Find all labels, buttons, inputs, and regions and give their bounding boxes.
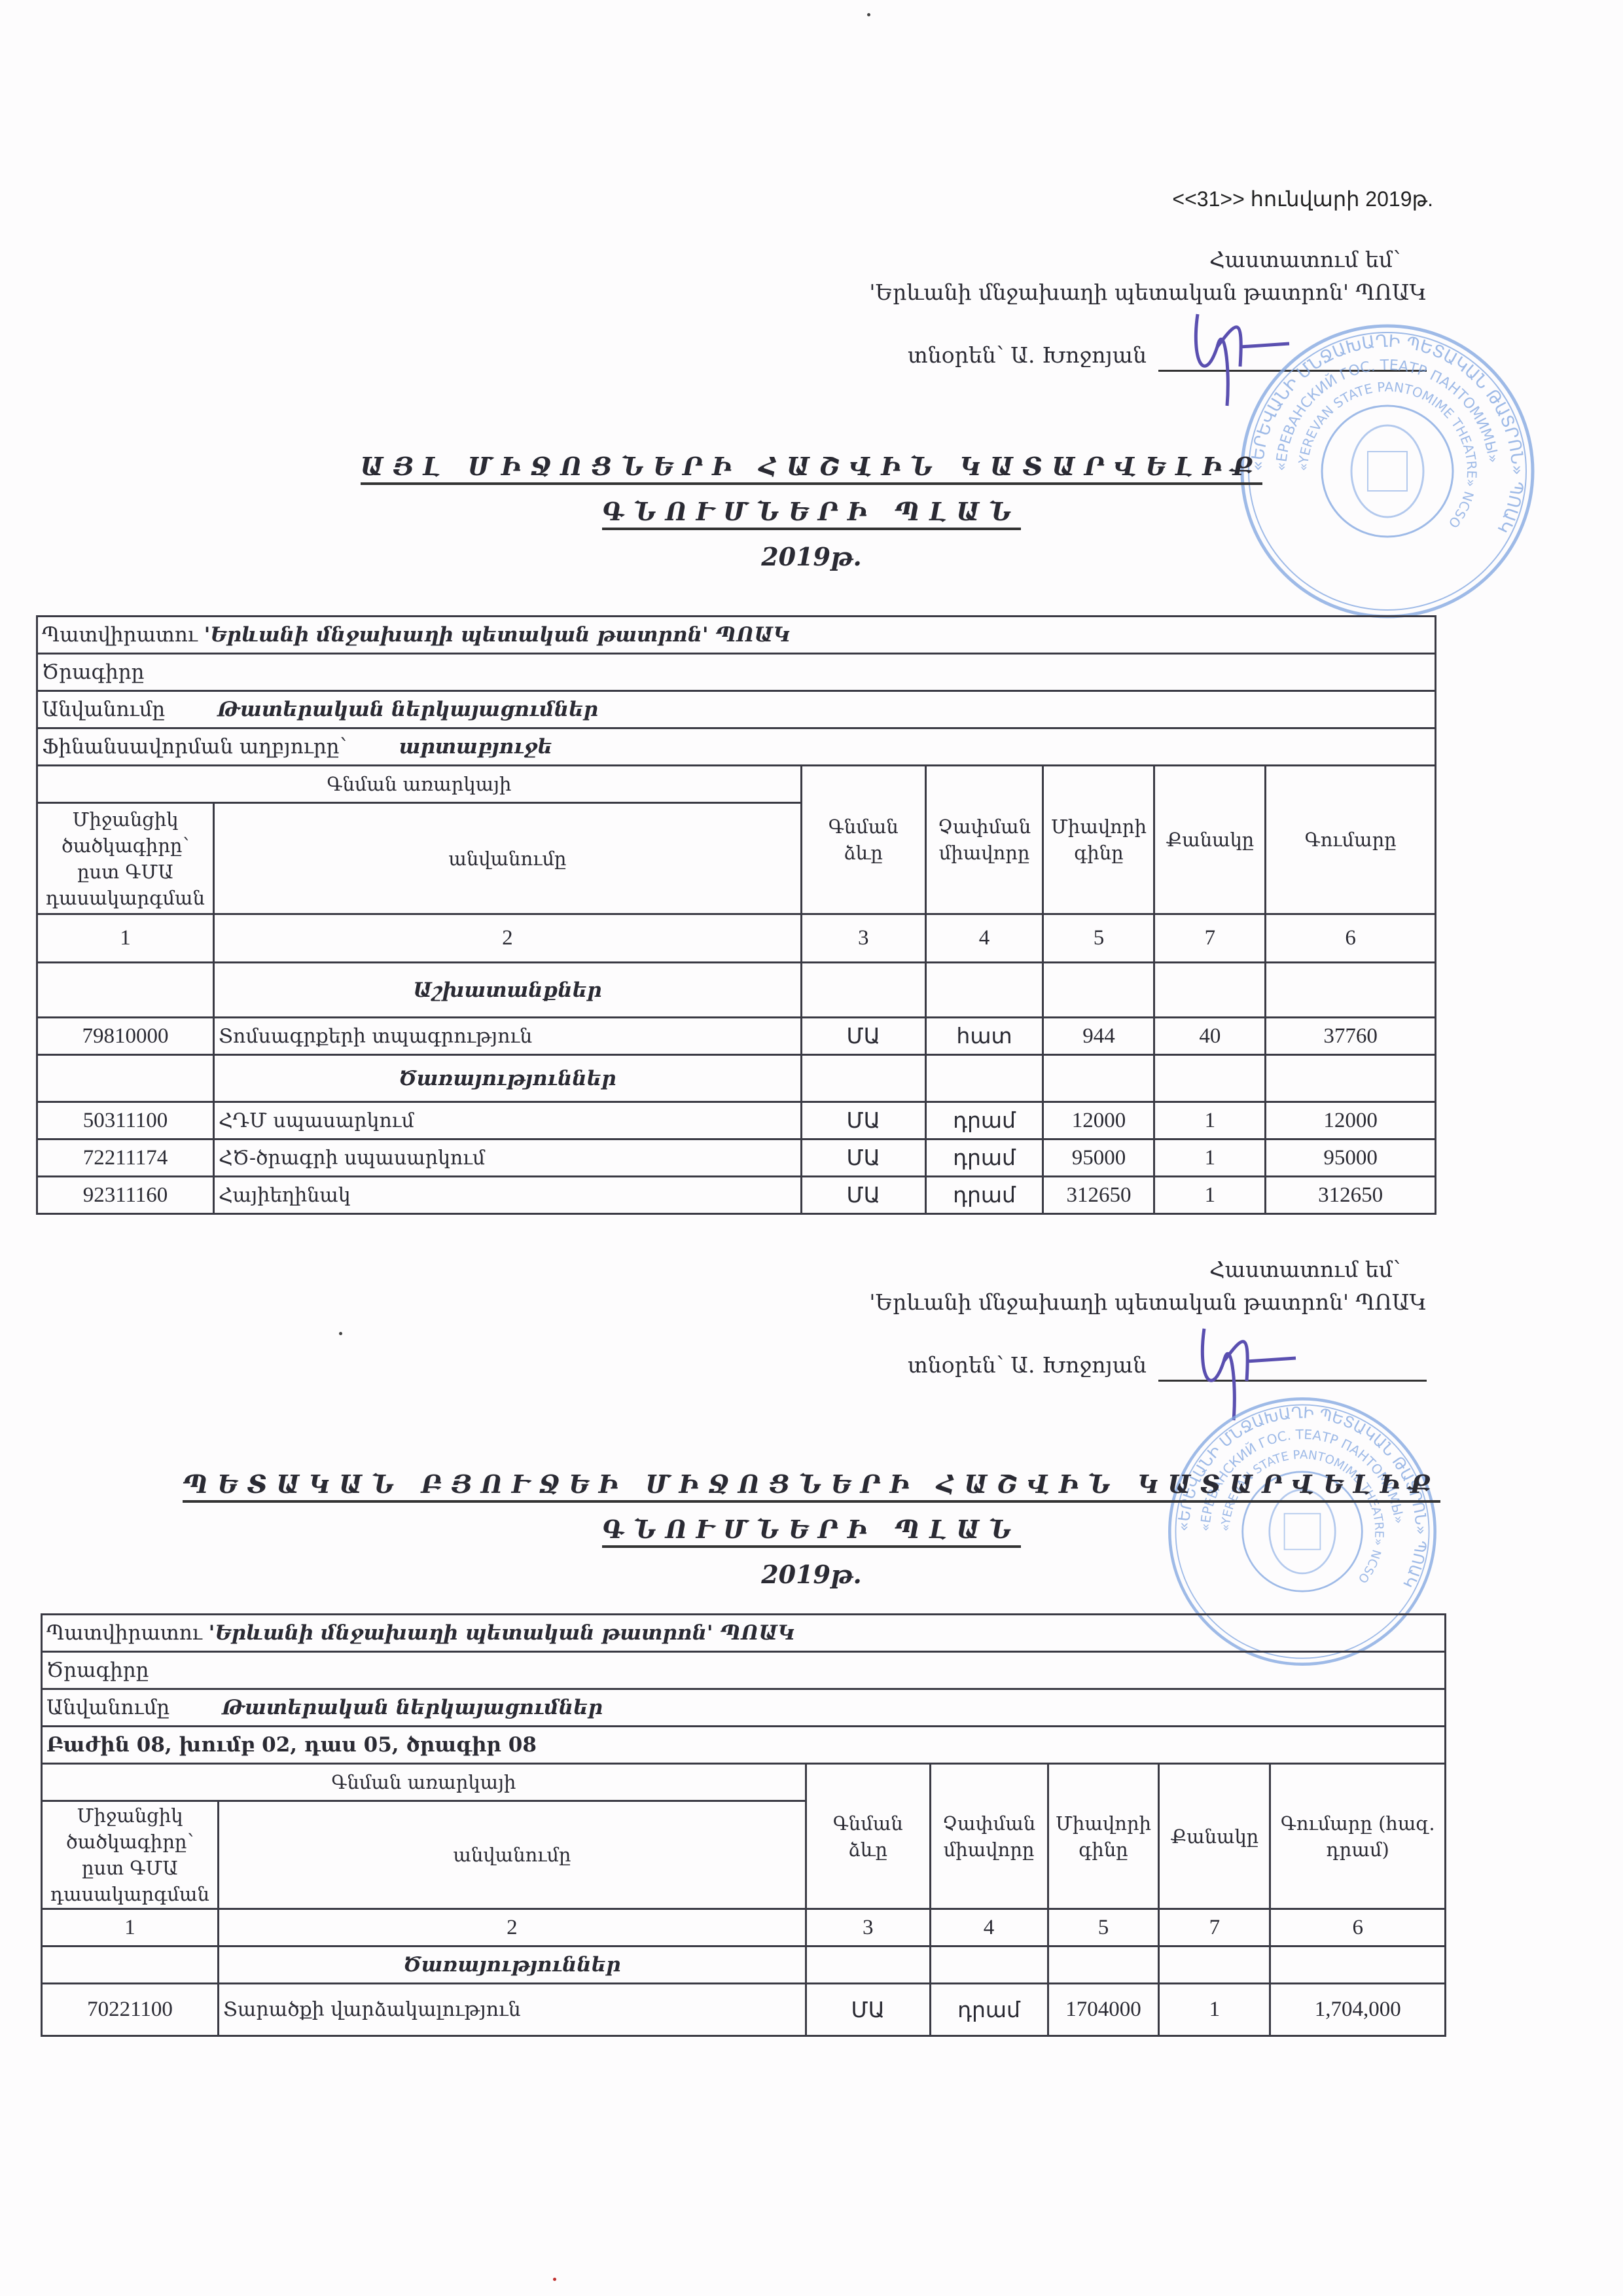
table-row: 72211174 ՀԾ-ծրագրի սպասարկում ՄԱ դրամ 95… — [37, 1139, 1436, 1177]
plan-2-title-line1: ՊԵՏԱԿԱՆ ԲՅՈՒՋԵԻ ՄԻՋՈՑՆԵՐԻ ՀԱՇՎԻՆ ԿԱՏԱՐՎԵ… — [183, 1469, 1440, 1503]
document-date: <<31>> հունվարի 2019թ. — [1132, 187, 1433, 211]
director-signature-row: տնօրեն՝ Ա. Խոջոյան — [772, 1349, 1427, 1382]
column-number: 3 — [806, 1909, 930, 1946]
organization-name: 'Երևանի մնջախաղի պետական թատրոն' ՊՈԱԿ — [772, 1286, 1427, 1319]
plan-2-year: 2019թ. — [0, 1560, 1623, 1589]
column-number: 7 — [1154, 914, 1266, 963]
column-number: 4 — [930, 1909, 1048, 1946]
plan-2-table: Պատվիրատու 'Երևանի մնջախաղի պետական թատր… — [41, 1613, 1446, 2037]
column-number: 1 — [42, 1909, 219, 1946]
header-subject: Գնման առարկայի — [37, 766, 802, 803]
header-method: Գնման ձևը — [806, 1764, 930, 1909]
column-number: 6 — [1266, 914, 1436, 963]
plan-1-title: ԱՅԼ ՄԻՋՈՑՆԵՐԻ ՀԱՇՎԻՆ ԿԱՏԱՐՎԵԼԻՔ ԳՆՈՒՄՆԵՐ… — [0, 452, 1623, 571]
category-label: Ծառայություններ — [213, 1055, 801, 1102]
plan-1-title-line2: ԳՆՈՒՄՆԵՐԻ ՊԼԱՆ — [602, 497, 1021, 530]
customer-row: Պատվիրատու 'Երևանի մնջախաղի պետական թատր… — [42, 1615, 1446, 1652]
header-subject: Գնման առարկայի — [42, 1764, 806, 1801]
table-row: 79810000 Տոմսագրքերի տպագրություն ՄԱ հատ… — [37, 1018, 1436, 1055]
plan-1-table: Պատվիրատու 'Երևանի մնջախաղի պետական թատր… — [36, 615, 1436, 1215]
category-row: Ծառայություններ — [42, 1946, 1446, 1984]
column-number: 5 — [1043, 914, 1154, 963]
header-name: անվանումը — [218, 1801, 806, 1909]
column-number: 7 — [1159, 1909, 1270, 1946]
customer-row: Պատվիրատու 'Երևանի մնջախաղի պետական թատր… — [37, 617, 1436, 654]
category-row: Աշխատանքներ — [37, 963, 1436, 1018]
program-row: Ծրագիրը — [37, 654, 1436, 691]
plan-2-title: ՊԵՏԱԿԱՆ ԲՅՈՒՋԵԻ ՄԻՋՈՑՆԵՐԻ ՀԱՇՎԻՆ ԿԱՏԱՐՎԵ… — [0, 1469, 1623, 1589]
table-row: 70221100 Տարածքի վարձակալություն ՄԱ դրամ… — [42, 1984, 1446, 2036]
header-method: Գնման ձևը — [801, 766, 925, 914]
header-amount: Գումարը — [1266, 766, 1436, 914]
plan-1-year: 2019թ. — [0, 542, 1623, 571]
header-unit: Չափման միավորը — [925, 766, 1043, 914]
column-number: 2 — [213, 914, 801, 963]
header-unit-price: Միավորի գինը — [1048, 1764, 1159, 1909]
classification-row: Բաժին 08, խումբ 02, դաս 05, ծրագիր 08 — [42, 1727, 1446, 1764]
column-number: 6 — [1270, 1909, 1446, 1946]
header-unit: Չափման միավորը — [930, 1764, 1048, 1909]
scan-speck — [339, 1332, 342, 1335]
header-code: Միջանցիկ ծածկագիրը՝ ըստ ԳՄԱ դասակարգման — [42, 1801, 219, 1909]
header-code: Միջանցիկ ծածկագիրը՝ ըստ ԳՄԱ դասակարգման — [37, 803, 214, 914]
column-number: 2 — [218, 1909, 806, 1946]
approve-label: Հաստատում եմ՝ — [772, 243, 1427, 276]
header-quantity: Քանակը — [1154, 766, 1266, 914]
header-unit-price: Միավորի գինը — [1043, 766, 1154, 914]
plan-2-title-line2: ԳՆՈՒՄՆԵՐԻ ՊԼԱՆ — [602, 1515, 1021, 1548]
funding-row: Ֆինանսավորման աղբյուրը՝արտաբյուջե — [37, 728, 1436, 766]
approval-block-2: Հաստատում եմ՝ 'Երևանի մնջախաղի պետական թ… — [772, 1253, 1427, 1382]
approve-label: Հաստատում եմ՝ — [772, 1253, 1427, 1286]
column-number: 3 — [801, 914, 925, 963]
director-label: տնօրեն՝ Ա. Խոջոյան — [908, 1352, 1147, 1378]
category-label: Աշխատանքներ — [213, 963, 801, 1018]
category-row: Ծառայություններ — [37, 1055, 1436, 1102]
table-row: 92311160 Հայիեղինակ ՄԱ դրամ 312650 1 312… — [37, 1177, 1436, 1214]
program-row: Ծրագիրը — [42, 1652, 1446, 1689]
column-number: 1 — [37, 914, 214, 963]
column-number: 5 — [1048, 1909, 1159, 1946]
header-name: անվանումը — [213, 803, 801, 914]
table-row: 50311100 ՀԴՄ սպասարկում ՄԱ դրամ 12000 1 … — [37, 1102, 1436, 1139]
plan-1-title-line1: ԱՅԼ ՄԻՋՈՑՆԵՐԻ ՀԱՇՎԻՆ ԿԱՏԱՐՎԵԼԻՔ — [361, 452, 1263, 485]
director-label: տնօրեն՝ Ա. Խոջոյան — [908, 342, 1147, 368]
organization-name: 'Երևանի մնջախաղի պետական թատրոն' ՊՈԱԿ — [772, 276, 1427, 309]
category-label: Ծառայություններ — [218, 1946, 806, 1984]
scan-speck — [553, 2278, 556, 2281]
scan-speck — [867, 13, 870, 16]
header-quantity: Քանակը — [1159, 1764, 1270, 1909]
name-row: ԱնվանումըԹատերական ներկայացումներ — [37, 691, 1436, 728]
name-row: ԱնվանումըԹատերական ներկայացումներ — [42, 1689, 1446, 1727]
column-number: 4 — [925, 914, 1043, 963]
header-amount: Գումարը (հազ. դրամ) — [1270, 1764, 1446, 1909]
